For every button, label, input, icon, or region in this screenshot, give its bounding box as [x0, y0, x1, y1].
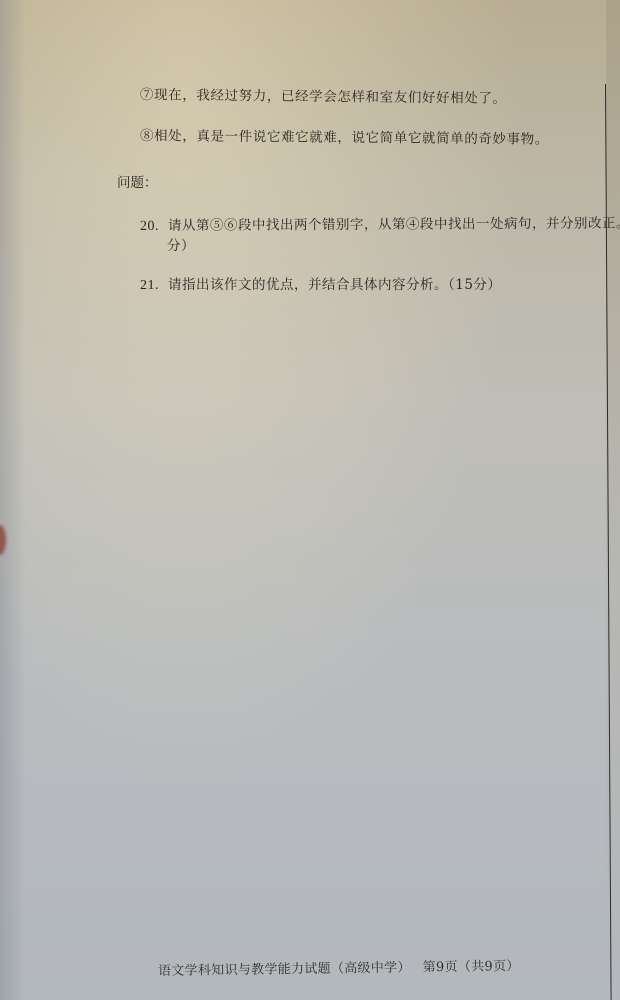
questions-heading: 问题：: [117, 171, 158, 191]
exam-title: 语文学科知识与教学能力试题（高级中学）: [158, 960, 411, 979]
question-20-continuation: 分）: [167, 234, 195, 254]
question-number: 21.: [140, 278, 168, 294]
page-left-shadow: [0, 0, 26, 1000]
page-footer: 语文学科知识与教学能力试题（高级中学）第9页（共9页）: [158, 955, 520, 979]
question-20: 20.请从第⑤⑥段中找出两个错别字，从第④段中找出一处病句，并分别改正。（5: [140, 211, 620, 235]
question-number: 20.: [140, 219, 168, 235]
paragraph-7: ⑦现在，我经过努力，已经学会怎样和室友们好好相处了。: [140, 83, 507, 107]
question-text: 请指出该作文的优点，并结合具体内容分析。（15分）: [168, 277, 501, 293]
question-text: 请从第⑤⑥段中找出两个错别字，从第④段中找出一处病句，并分别改正。（5: [168, 215, 620, 234]
paragraph-8: ⑧相处，真是一件说它难它就难，说它简单它就简单的奇妙事物。: [140, 124, 549, 148]
question-21: 21.请指出该作文的优点，并结合具体内容分析。（15分）: [140, 273, 501, 294]
page-number: 第9页（共9页）: [423, 959, 520, 975]
